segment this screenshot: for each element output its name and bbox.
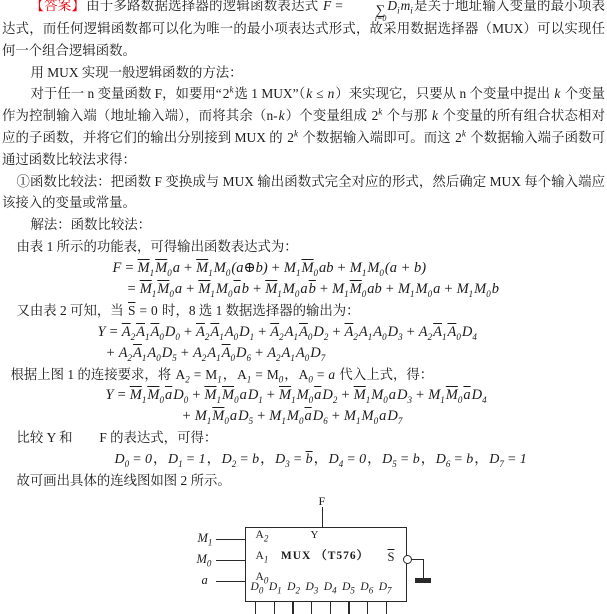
output-f-label: F bbox=[318, 495, 326, 507]
paragraph-comparison-method: ①函数比较法：把函数 F 变换成与 MUX 输出函数式完全对应的形式，然后确定 … bbox=[2, 171, 605, 215]
paragraph-table1-lead: 由表 1 所示的功能表，可得输出函数表达式为： bbox=[2, 236, 605, 258]
formula-y-substituted-line2: +M1M0aD5+M1M0aD6+M1M0aD7 bbox=[2, 406, 605, 427]
data-input-stub bbox=[255, 601, 256, 614]
formula-y-line2: +A2A1A0D5+A2A1A0D6+A2A1A0D7 bbox=[2, 343, 605, 364]
paragraph-method-heading: 用 MUX 实现一般逻辑函数的方法： bbox=[2, 62, 605, 84]
data-pin-labels: D0D1D2D3D4D5D6D7 bbox=[250, 581, 392, 593]
formula-y-substituted-line1: Y=M1M0aD0+M1M0aD1+M1M0aD2+M1M0aD3+M1M0aD… bbox=[2, 385, 605, 406]
chip-name-label: MUX （T576） bbox=[245, 551, 405, 563]
strobe-wire-vertical bbox=[423, 559, 424, 579]
data-input-stub bbox=[386, 601, 387, 614]
ground-symbol bbox=[415, 578, 431, 583]
input-m0-wire bbox=[216, 560, 245, 561]
address-pin-a2-label: A2 bbox=[255, 530, 269, 542]
input-m1-wire bbox=[216, 539, 245, 540]
paragraph-substitution-lead: 根据上图 1 的连接要求，将 A2=M1，A1=M0，A0=a 代入上式，得： bbox=[2, 364, 605, 386]
data-input-stub bbox=[330, 601, 331, 614]
data-input-stub bbox=[292, 601, 293, 614]
formula-y-line1: Y=A2A1A0D0+A2A1A0D1+A2A1A0D2+A2A1A0D3+A2… bbox=[2, 322, 605, 343]
output-wire bbox=[322, 507, 323, 528]
formula-f-line2: =M1M0a+M1M0ab+M1M0ab+M1M0ab+M1M0a+M1M0b bbox=[2, 279, 605, 300]
paragraph-method-detail: 对于任一 n 变量函数 F，如要用“2k选 1 MUX”（k≤n）来实现它，只要… bbox=[2, 83, 605, 170]
paragraph-answer-intro: 【答案】由于多路数据选择器的逻辑函数表达式 F=∑i=0Dimi是关于地址输入变… bbox=[2, 0, 605, 62]
figure-mux-wiring-diagram: F Y A2 A1 A0 MUX （T576） M1 M0 a S D0D1D2… bbox=[0, 497, 607, 614]
strobe-s-label: S bbox=[387, 551, 395, 564]
formula-d-values: D0=0，D1=1，D2=b，D3=b，D4=0，D5=b，D6=b，D7=1 bbox=[2, 449, 605, 470]
data-input-stub bbox=[311, 601, 312, 614]
paragraph-figure2-lead: 故可画出具体的连线图如图 2 所示。 bbox=[2, 470, 605, 492]
data-input-stub bbox=[348, 601, 349, 614]
paragraph-table2-lead: 又由表 2 可知，当 S=0 时，8 选 1 数据选择器的输出为： bbox=[2, 300, 605, 322]
input-a-wire bbox=[216, 581, 245, 582]
input-m1-label: M1 bbox=[197, 532, 213, 545]
document-page: 【答案】由于多路数据选择器的逻辑函数表达式 F=∑i=0Dimi是关于地址输入变… bbox=[0, 0, 607, 614]
answer-text-block: 【答案】由于多路数据选择器的逻辑函数表达式 F=∑i=0Dimi是关于地址输入变… bbox=[2, 0, 605, 492]
input-m0-label: M0 bbox=[196, 553, 212, 566]
formula-f-line1: F=M1M0a+M1M0(a⊕b)+M1M0ab+M1M0(a + b) bbox=[2, 258, 605, 279]
paragraph-solution-heading: 解法：函数比较法： bbox=[2, 214, 605, 236]
input-a-label: a bbox=[201, 574, 208, 587]
y-pin-label: Y bbox=[310, 530, 320, 541]
data-input-stub bbox=[367, 601, 368, 614]
data-input-stubs bbox=[250, 601, 392, 614]
paragraph-compare-lead: 比较 Y 和 F 的表达式，可得： bbox=[2, 427, 605, 449]
data-input-stub bbox=[274, 601, 275, 614]
